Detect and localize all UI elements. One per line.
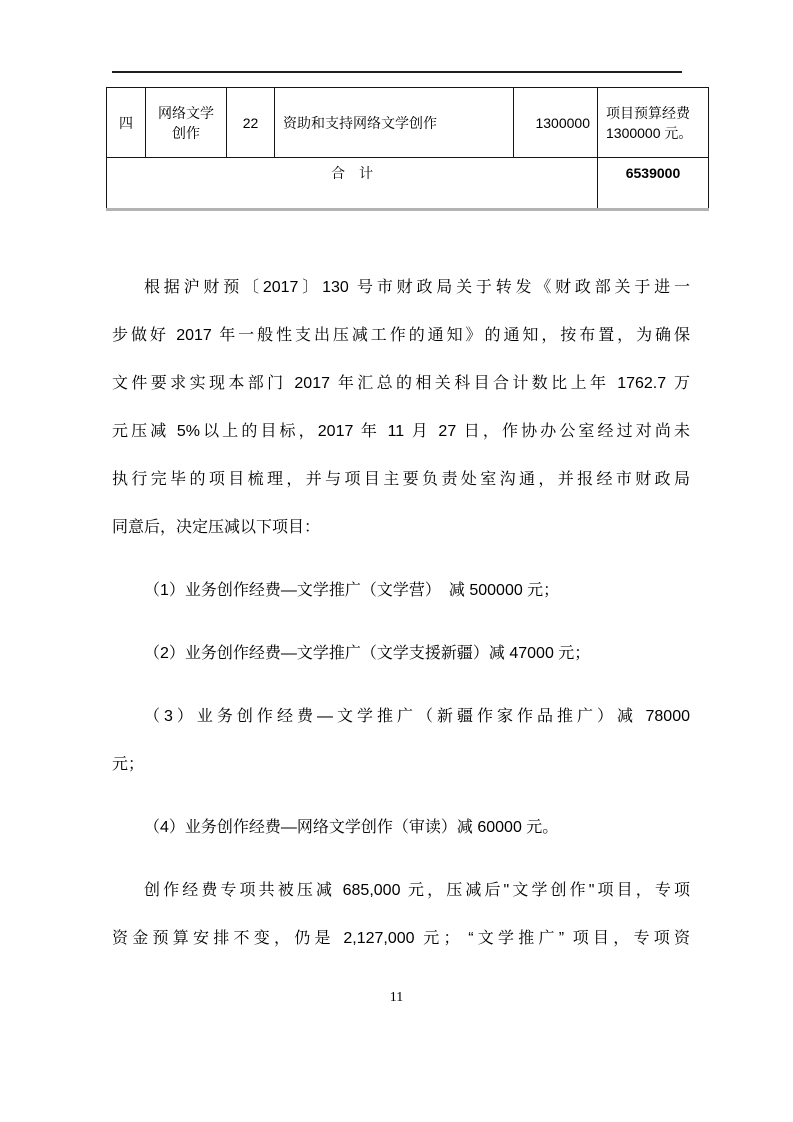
cell-code: 22	[227, 88, 275, 158]
paragraph-line: 创作经费专项共被压减 685,000 元，压减后"文学创作"项目，专项	[112, 867, 690, 915]
paragraph-line: 根据沪财预〔2017〕130 号市财政局关于转发《财政部关于进一	[112, 264, 690, 312]
paragraph-line: 执行完毕的项目梳理，并与项目主要负责处室沟通，并报经市财政局	[112, 456, 690, 504]
paragraph-line: 步做好 2017 年一般性支出压减工作的通知》的通知，按布置，为确保	[112, 312, 690, 360]
paragraph-line: 元；	[112, 741, 690, 789]
paragraph-line: 文件要求实现本部门 2017 年汇总的相关科目合计数比上年 1762.7 万	[112, 360, 690, 408]
cell-amount: 1300000	[514, 88, 598, 158]
document-page: 四 网络文学 创作 22 资助和支持网络文学创作 1300000 项目预算经费 …	[0, 0, 793, 1122]
paragraph-line: 资金预算安排不变，仍是 2,127,000 元； “文学推广” 项目，专项资	[112, 915, 690, 963]
total-row: 合 计 6539000	[107, 158, 709, 210]
paragraph-5: （4）业务创作经费—网络文学创作（审读）减 60000 元。	[112, 804, 690, 852]
header-rule	[112, 71, 682, 73]
category-line-1: 网络文学	[146, 103, 226, 123]
cell-index: 四	[107, 88, 146, 158]
document-body: 根据沪财预〔2017〕130 号市财政局关于转发《财政部关于进一步做好 2017…	[112, 264, 690, 978]
paragraph-2: （1）业务创作经费—文学推广（文学营） 减 500000 元；	[112, 567, 690, 615]
budget-note-line-1: 项目预算经费	[606, 103, 708, 123]
cell-category: 网络文学 创作	[146, 88, 227, 158]
paragraph-line: 同意后，决定压减以下项目：	[112, 504, 690, 552]
paragraph-6: 创作经费专项共被压减 685,000 元，压减后"文学创作"项目，专项资金预算安…	[112, 867, 690, 963]
paragraph-1: 根据沪财预〔2017〕130 号市财政局关于转发《财政部关于进一步做好 2017…	[112, 264, 690, 552]
paragraph-line: 元压减 5%以上的目标，2017 年 11 月 27 日，作协办公室经过对尚未	[112, 408, 690, 456]
cell-budget-note: 项目预算经费 1300000 元。	[598, 88, 709, 158]
total-value: 6539000	[598, 158, 709, 210]
budget-table: 四 网络文学 创作 22 资助和支持网络文学创作 1300000 项目预算经费 …	[106, 87, 709, 211]
budget-note-line-2: 1300000 元。	[606, 123, 708, 143]
total-label: 合 计	[107, 158, 598, 210]
paragraph-4: （3）业务创作经费—文学推广（新疆作家作品推广）减 78000元；	[112, 693, 690, 789]
page-number: 11	[0, 990, 793, 1006]
paragraph-line: （2）业务创作经费—文学推广（文学支援新疆）减 47000 元；	[112, 630, 690, 678]
cell-project: 资助和支持网络文学创作	[275, 88, 514, 158]
paragraph-line: （1）业务创作经费—文学推广（文学营） 减 500000 元；	[112, 567, 690, 615]
paragraph-line: （3）业务创作经费—文学推广（新疆作家作品推广）减 78000	[112, 693, 690, 741]
category-line-2: 创作	[146, 123, 226, 143]
paragraph-3: （2）业务创作经费—文学推广（文学支援新疆）减 47000 元；	[112, 630, 690, 678]
paragraph-line: （4）业务创作经费—网络文学创作（审读）减 60000 元。	[112, 804, 690, 852]
table-row: 四 网络文学 创作 22 资助和支持网络文学创作 1300000 项目预算经费 …	[107, 88, 709, 158]
